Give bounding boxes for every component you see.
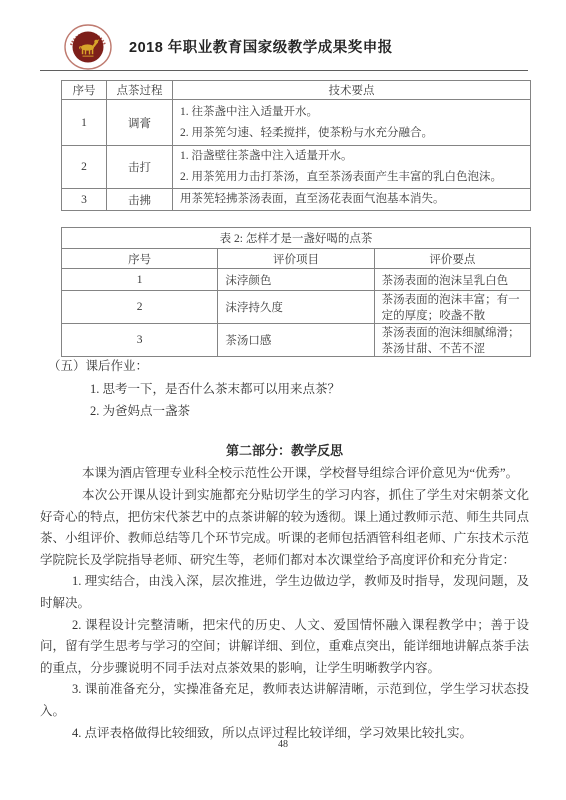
reflection-point: 2. 课程设计完整清晰，把宋代的历史、人文、爱国情怀融入课程教学中；善于设问，留… (40, 615, 529, 680)
reflection-point: 3. 课前准备充分，实操准备充足，教师表达讲解清晰，示范到位，学生学习状态投入。 (40, 679, 529, 722)
tea-evaluation-table: 表 2: 怎样才是一盏好喝的点茶 序号 评价项目 评价要点 1 沫浡颜色 茶汤表… (61, 227, 531, 357)
table-header-no: 序号 (62, 81, 107, 100)
cell-no: 1 (62, 100, 107, 146)
document-page: 2018 年职业教育国家级教学成果奖申报 序号 点茶过程 技术要点 1 调膏 1… (0, 0, 566, 800)
point-line: 用茶筅轻拂茶汤表面，直至汤花表面气泡基本消失。 (180, 189, 530, 210)
cell-no: 3 (62, 189, 107, 211)
cell-process: 击打 (107, 146, 173, 189)
cell-process: 击拂 (107, 189, 173, 211)
homework-item: 1. 思考一下，是否什么茶末都可以用来点茶？ (40, 379, 529, 401)
table-header-process: 点茶过程 (107, 81, 173, 100)
table-header-row: 序号 评价项目 评价要点 (62, 249, 531, 269)
table-caption: 表 2: 怎样才是一盏好喝的点茶 (62, 228, 531, 249)
table-row: 1 沫浡颜色 茶汤表面的泡沫呈乳白色 (62, 269, 531, 291)
cell-item: 茶汤口感 (218, 324, 374, 357)
point-line: 1. 沿盏壁往茶盏中注入适量开水。 (180, 146, 530, 167)
tea-process-table: 序号 点茶过程 技术要点 1 调膏 1. 往茶盏中注入适量开水。 2. 用茶筅匀… (61, 80, 531, 211)
table-header-points: 技术要点 (173, 81, 531, 100)
reflection-paragraph: 本课为酒店管理专业科全校示范性公开课，学校督导组综合评价意见为“优秀”。 (40, 463, 529, 485)
cell-no: 2 (62, 146, 107, 189)
cell-no: 3 (62, 324, 218, 357)
reflection-paragraph: 本次公开课从设计到实施都充分贴切学生的学习内容，抓住了学生对宋朝茶文化好奇心的特… (40, 485, 529, 571)
homework-heading: （五）课后作业： (40, 356, 529, 378)
table-row: 3 击拂 用茶筅轻拂茶汤表面，直至汤花表面气泡基本消失。 (62, 189, 531, 211)
table-row: 3 茶汤口感 茶汤表面的泡沫细腻绵滑；茶汤甘甜、不苦不涩 (62, 324, 531, 357)
cell-item: 沫浡持久度 (218, 291, 374, 324)
cell-points: 茶汤表面的泡沫丰富；有一定的厚度；咬盏不散 (374, 291, 530, 324)
cell-item: 沫浡颜色 (218, 269, 374, 291)
reflection-point: 1. 理实结合，由浅入深，层次推进，学生边做边学，教师及时指导，发现问题，及时解… (40, 571, 529, 614)
homework-item: 2. 为爸妈点一盏茶 (40, 401, 529, 423)
school-seal-logo-icon (64, 24, 112, 70)
table-row: 1 调膏 1. 往茶盏中注入适量开水。 2. 用茶筅匀速、轻柔搅拌，使茶粉与水充… (62, 100, 531, 146)
page-title: 2018 年职业教育国家级教学成果奖申报 (129, 36, 393, 57)
table-row: 2 击打 1. 沿盏壁往茶盏中注入适量开水。 2. 用茶筅用力击打茶汤，直至茶汤… (62, 146, 531, 189)
point-line: 1. 往茶盏中注入适量开水。 (180, 102, 530, 123)
body-text: （五）课后作业： 1. 思考一下，是否什么茶末都可以用来点茶？ 2. 为爸妈点一… (40, 356, 529, 744)
cell-points: 1. 往茶盏中注入适量开水。 2. 用茶筅匀速、轻柔搅拌，使茶粉与水充分融合。 (173, 100, 531, 146)
table-row: 2 沫浡持久度 茶汤表面的泡沫丰富；有一定的厚度；咬盏不散 (62, 291, 531, 324)
point-line: 2. 用茶筅用力击打茶汤，直至茶汤表面产生丰富的乳白色泡沫。 (180, 167, 530, 188)
cell-no: 1 (62, 269, 218, 291)
table-header-points: 评价要点 (374, 249, 530, 269)
table-header-item: 评价项目 (218, 249, 374, 269)
cell-process: 调膏 (107, 100, 173, 146)
header-divider (40, 70, 528, 71)
table-header-row: 序号 点茶过程 技术要点 (62, 81, 531, 100)
cell-points: 茶汤表面的泡沫呈乳白色 (374, 269, 530, 291)
point-line: 2. 用茶筅匀速、轻柔搅拌，使茶粉与水充分融合。 (180, 123, 530, 144)
section-heading: 第二部分：教学反思 (40, 440, 529, 462)
cell-points: 用茶筅轻拂茶汤表面，直至汤花表面气泡基本消失。 (173, 189, 531, 211)
cell-no: 2 (62, 291, 218, 324)
cell-points: 茶汤表面的泡沫细腻绵滑；茶汤甘甜、不苦不涩 (374, 324, 530, 357)
cell-points: 1. 沿盏壁往茶盏中注入适量开水。 2. 用茶筅用力击打茶汤，直至茶汤表面产生丰… (173, 146, 531, 189)
table-caption-row: 表 2: 怎样才是一盏好喝的点茶 (62, 228, 531, 249)
table-header-no: 序号 (62, 249, 218, 269)
page-number: 48 (0, 739, 566, 750)
